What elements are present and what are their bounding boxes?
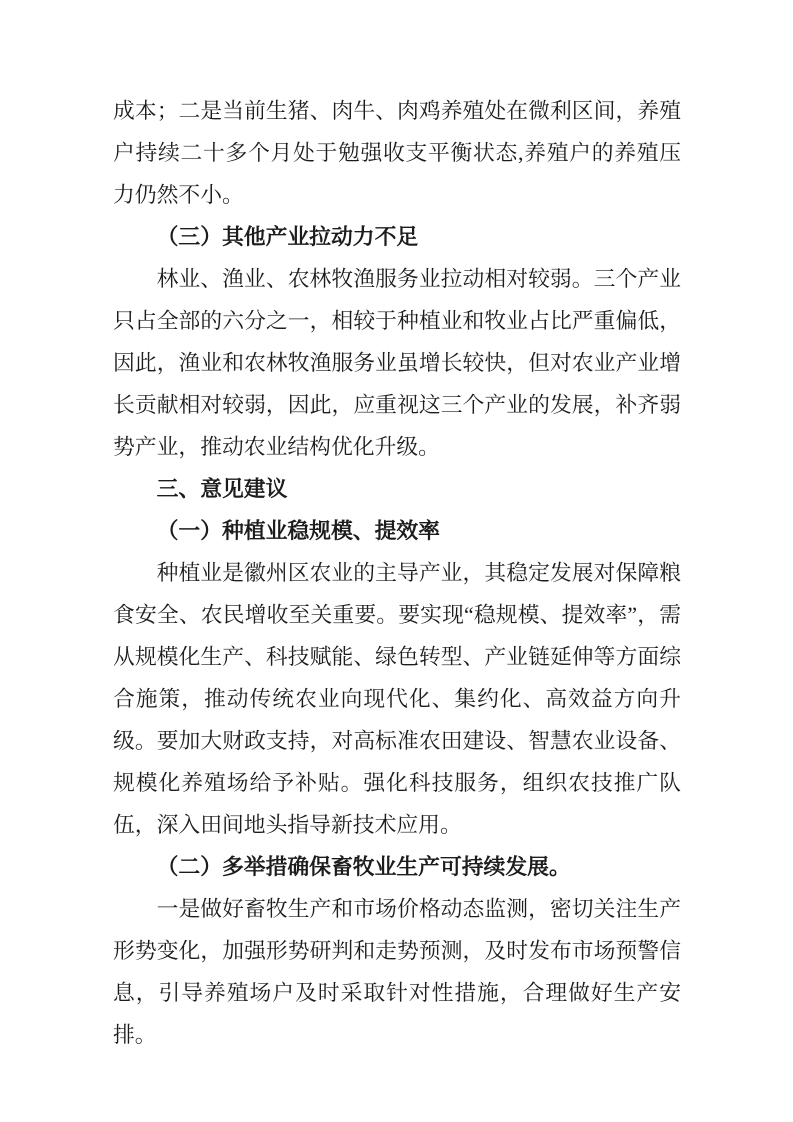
document-page: 成本；二是当前生猪、肉牛、肉鸡养殖处在微利区间，养殖户持续二十多个月处于勉强收支… [0, 0, 793, 1122]
heading-suggestion-1-planting: （一）种植业稳规模、提效率 [113, 510, 681, 552]
heading-suggestion-2-livestock: （二）多举措确保畜牧业生产可持续发展。 [113, 846, 681, 888]
paragraph-livestock-cost-pressure: 成本；二是当前生猪、肉牛、肉鸡养殖处在微利区间，养殖户持续二十多个月处于勉强收支… [113, 90, 681, 216]
heading-part-3-suggestions: 三、意见建议 [113, 468, 681, 510]
paragraph-livestock-monitoring: 一是做好畜牧生产和市场价格动态监测，密切关注生产形势变化，加强形势研判和走势预测… [113, 888, 681, 1056]
document-body: 成本；二是当前生猪、肉牛、肉鸡养殖处在微利区间，养殖户持续二十多个月处于勉强收支… [113, 90, 681, 1056]
heading-section-3-other-industries: （三）其他产业拉动力不足 [113, 216, 681, 258]
paragraph-planting-measures: 种植业是徽州区农业的主导产业，其稳定发展对保障粮食安全、农民增收至关重要。要实现… [113, 552, 681, 846]
paragraph-other-industries-weak: 林业、渔业、农林牧渔服务业拉动相对较弱。三个产业只占全部的六分之一，相较于种植业… [113, 258, 681, 468]
